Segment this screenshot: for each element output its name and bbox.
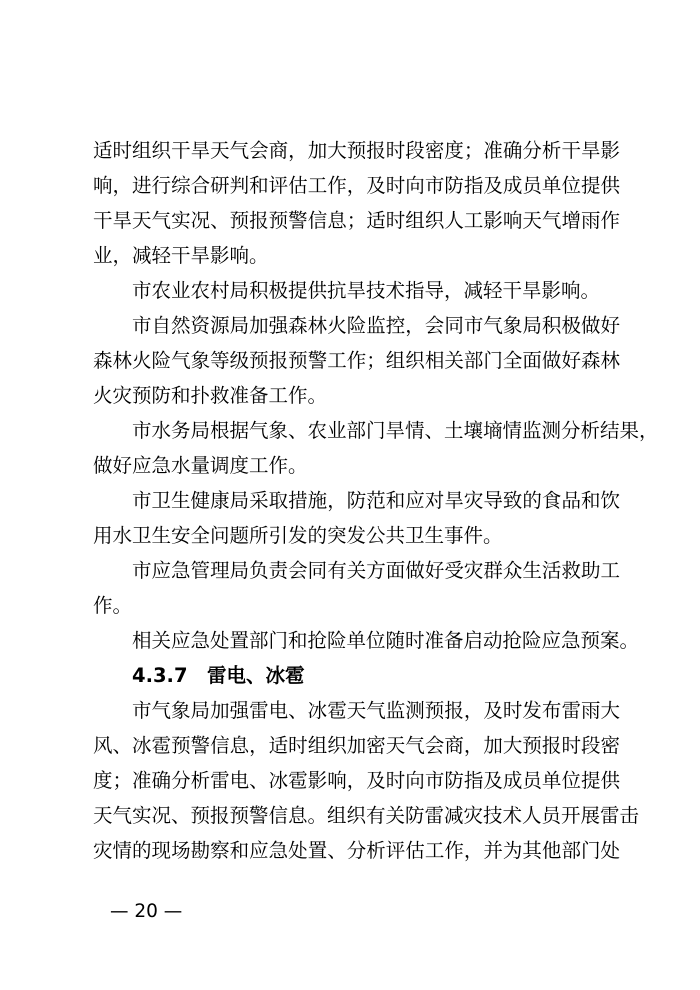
text-line: 市农业农村局积极提供抗旱技术指导，减轻干旱影响。 xyxy=(93,273,620,308)
text-line: 天气实况、预报预警信息。组织有关防雷减灾技术人员开展雷击 xyxy=(93,798,620,833)
text-line: 森林火险气象等级预报预警工作；组织相关部门全面做好森林 xyxy=(93,343,620,378)
text-line: 市卫生健康局采取措施，防范和应对旱灾导致的食品和饮 xyxy=(93,483,620,518)
page-number: — 20 — xyxy=(110,898,182,926)
text-line: 市自然资源局加强森林火险监控，会同市气象局积极做好 xyxy=(93,308,620,343)
text-line: 业，减轻干旱影响。 xyxy=(93,238,620,273)
text-line: 风、冰雹预警信息，适时组织加密天气会商，加大预报时段密 xyxy=(93,728,620,763)
document-page: 适时组织干旱天气会商，加大预报时段密度；准确分析干旱影 响，进行综合研判和评估工… xyxy=(0,0,700,990)
section-heading-4-3-7: 4.3.7 雷电、冰雹 xyxy=(93,658,620,693)
text-line: 相关应急处置部门和抢险单位随时准备启动抢险应急预案。 xyxy=(93,623,620,658)
text-line: 度；准确分析雷电、冰雹影响，及时向市防指及成员单位提供 xyxy=(93,763,620,798)
text-line: 用水卫生安全问题所引发的突发公共卫生事件。 xyxy=(93,518,620,553)
text-line: 灾情的现场勘察和应急处置、分析评估工作，并为其他部门处 xyxy=(93,833,620,868)
text-line: 市水务局根据气象、农业部门旱情、土壤墒情监测分析结果， xyxy=(93,413,620,448)
text-line: 作。 xyxy=(93,588,620,623)
text-line: 市气象局加强雷电、冰雹天气监测预报，及时发布雷雨大 xyxy=(93,693,620,728)
document-body: 适时组织干旱天气会商，加大预报时段密度；准确分析干旱影 响，进行综合研判和评估工… xyxy=(93,133,620,868)
text-line: 响，进行综合研判和评估工作，及时向市防指及成员单位提供 xyxy=(93,168,620,203)
text-line: 干旱天气实况、预报预警信息；适时组织人工影响天气增雨作 xyxy=(93,203,620,238)
text-line: 适时组织干旱天气会商，加大预报时段密度；准确分析干旱影 xyxy=(93,133,620,168)
text-line: 做好应急水量调度工作。 xyxy=(93,448,620,483)
text-line: 火灾预防和扑救准备工作。 xyxy=(93,378,620,413)
text-line: 市应急管理局负责会同有关方面做好受灾群众生活救助工 xyxy=(93,553,620,588)
